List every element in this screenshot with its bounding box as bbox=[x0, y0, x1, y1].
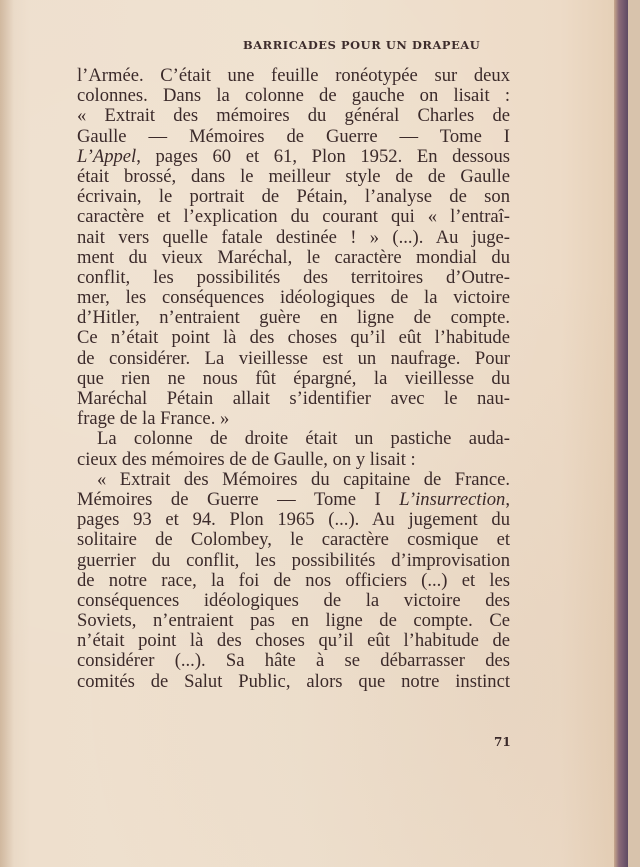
text-line: nait vers quelle fatale destinée ! » (..… bbox=[77, 228, 510, 248]
running-head: BARRICADES POUR UN DRAPEAU bbox=[243, 38, 480, 52]
text-line: comités de Salut Public, alors que notre… bbox=[77, 672, 510, 692]
text-line: cieux des mémoires de de Gaulle, on y li… bbox=[77, 450, 510, 470]
text-line: conséquences idéologiques de la victoire… bbox=[77, 591, 510, 611]
text-line: frage de la France. » bbox=[77, 409, 510, 429]
text-line: Soviets, n’entraient pas en ligne de com… bbox=[77, 611, 510, 631]
text-line: Maréchal Pétain allait s’identifier avec… bbox=[77, 389, 510, 409]
text-line: colonnes. Dans la colonne de gauche on l… bbox=[77, 86, 510, 106]
body-text: l’Armée. C’était une feuille ronéotypée … bbox=[77, 66, 510, 692]
text-line: caractère et l’explication du courant qu… bbox=[77, 207, 510, 227]
text-line: solitaire de Colombey, le caractère cosm… bbox=[77, 530, 510, 550]
text-line: de considérer. La vieillesse est un nauf… bbox=[77, 349, 510, 369]
text-line: considérer (...). Sa hâte à se débarrass… bbox=[77, 651, 510, 671]
text-line: Gaulle — Mémoires de Guerre — Tome I bbox=[77, 127, 510, 147]
text-line: n’était point là des choses qu’il eût l’… bbox=[77, 631, 510, 651]
text-line: « Extrait des mémoires du général Charle… bbox=[77, 106, 510, 126]
text-line: de notre race, la foi de nos officiers (… bbox=[77, 571, 510, 591]
text-line: Mémoires de Guerre — Tome I L’insurrecti… bbox=[77, 490, 510, 510]
text-line: ment du vieux Maréchal, le caractère mon… bbox=[77, 248, 510, 268]
text-line: mer, les conséquences idéologiques de la… bbox=[77, 288, 510, 308]
text-line: « Extrait des Mémoires du capitaine de F… bbox=[77, 470, 510, 490]
italic-title: L’Appel bbox=[77, 146, 136, 167]
text-line: que rien ne nous fût épargné, la vieille… bbox=[77, 369, 510, 389]
text-line: était brossé, dans le meilleur style de … bbox=[77, 167, 510, 187]
text-line: écrivain, le portrait de Pétain, l’analy… bbox=[77, 187, 510, 207]
text-line: La colonne de droite était un pastiche a… bbox=[77, 429, 510, 449]
text-line: d’Hitler, n’entraient guère en ligne de … bbox=[77, 308, 510, 328]
gutter-shadow bbox=[0, 0, 14, 867]
text-line: conflit, les possibilités des territoire… bbox=[77, 268, 510, 288]
text-line: Ce n’était point là des choses qu’il eût… bbox=[77, 328, 510, 348]
text-line: guerrier du conflit, les possibilités d’… bbox=[77, 551, 510, 571]
page-edge bbox=[614, 0, 628, 867]
italic-title: L’insurrection bbox=[399, 489, 505, 510]
text-line: pages 93 et 94. Plon 1965 (...). Au juge… bbox=[77, 510, 510, 530]
text-line: L’Appel, pages 60 et 61, Plon 1952. En d… bbox=[77, 147, 510, 167]
text-line: l’Armée. C’était une feuille ronéotypée … bbox=[77, 66, 510, 86]
page-number: 71 bbox=[494, 735, 511, 749]
book-page: BARRICADES POUR UN DRAPEAU l’Armée. C’ét… bbox=[0, 0, 628, 867]
